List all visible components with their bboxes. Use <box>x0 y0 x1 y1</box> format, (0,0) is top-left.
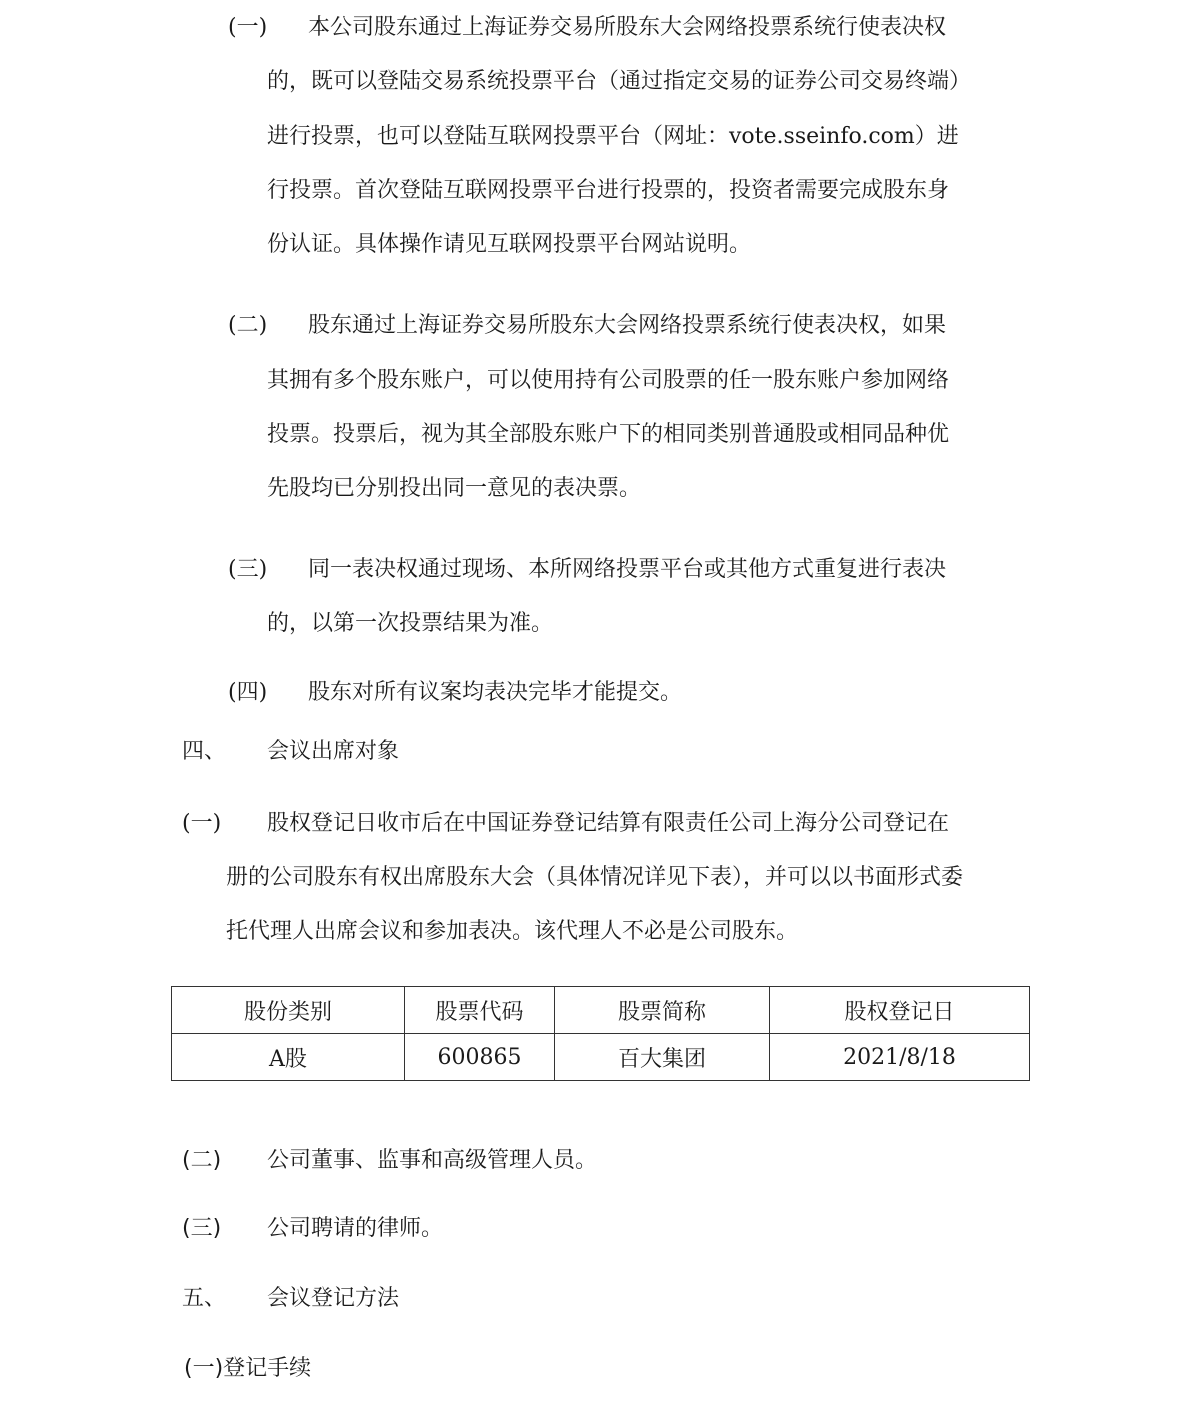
registration-table: 股份类别 股票代码 股票简称 股权登记日 A股 600865 百大集团 2021… <box>171 986 1030 1081</box>
item-label: (三) <box>182 1214 221 1244</box>
paragraph-line: 同一表决权通过现场、本所网络投票平台或其他方式重复进行表决 <box>308 555 946 585</box>
table-header-row: 股份类别 股票代码 股票简称 股权登记日 <box>172 987 1030 1034</box>
paragraph-line: 股权登记日收市后在中国证券登记结算有限责任公司上海分公司登记在 <box>267 809 949 839</box>
paragraph-line: 行投票。首次登陆互联网投票平台进行投票的，投资者需要完成股东身 <box>267 176 949 206</box>
paragraph-line: 投票。投票后，视为其全部股东账户下的相同类别普通股或相同品种优 <box>267 420 949 450</box>
section-heading: 会议出席对象 <box>267 737 399 767</box>
paragraph-line: 册的公司股东有权出席股东大会（具体情况详见下表），并可以以书面形式委 <box>226 863 963 893</box>
table-cell: 600865 <box>405 1034 555 1081</box>
item-label: (二) <box>228 311 267 341</box>
paragraph-line: 其拥有多个股东账户，可以使用持有公司股票的任一股东账户参加网络 <box>267 366 949 396</box>
paragraph-line: 股东通过上海证券交易所股东大会网络投票系统行使表决权，如果 <box>308 311 946 341</box>
table-header: 股票代码 <box>405 987 555 1034</box>
paragraph-line: 本公司股东通过上海证券交易所股东大会网络投票系统行使表决权 <box>308 13 946 43</box>
table-header: 股权登记日 <box>770 987 1030 1034</box>
paragraph-line: 份认证。具体操作请见互联网投票平台网站说明。 <box>267 230 751 260</box>
table-cell: A股 <box>172 1034 405 1081</box>
item-label: (一) <box>228 13 267 43</box>
table-cell: 百大集团 <box>555 1034 770 1081</box>
paragraph-line: 进行投票，也可以登陆互联网投票平台（网址：vote.sseinfo.com）进 <box>267 122 959 152</box>
paragraph-line: 的，既可以登陆交易系统投票平台（通过指定交易的证券公司交易终端） <box>267 67 971 97</box>
section-number: 五、 <box>182 1284 226 1314</box>
table-header: 股份类别 <box>172 987 405 1034</box>
table-cell: 2021/8/18 <box>770 1034 1030 1081</box>
paragraph-line: 股东对所有议案均表决完毕才能提交。 <box>308 678 682 708</box>
item-label: (一) <box>182 809 221 839</box>
paragraph-line: 先股均已分别投出同一意见的表决票。 <box>267 474 641 504</box>
item-label: (三) <box>228 555 267 585</box>
section-heading: 会议登记方法 <box>267 1284 399 1314</box>
item-label: (二) <box>182 1146 221 1176</box>
paragraph-line: 托代理人出席会议和参加表决。该代理人不必是公司股东。 <box>226 917 798 947</box>
paragraph-line: 的，以第一次投票结果为准。 <box>267 609 553 639</box>
paragraph-line: 公司聘请的律师。 <box>267 1214 443 1244</box>
section-number: 四、 <box>182 737 226 767</box>
table-header: 股票简称 <box>555 987 770 1034</box>
table-row: A股 600865 百大集团 2021/8/18 <box>172 1034 1030 1081</box>
paragraph-line: 公司董事、监事和高级管理人员。 <box>267 1146 597 1176</box>
item-label: (四) <box>228 678 267 708</box>
subsection-heading: (一)登记手续 <box>184 1354 311 1384</box>
